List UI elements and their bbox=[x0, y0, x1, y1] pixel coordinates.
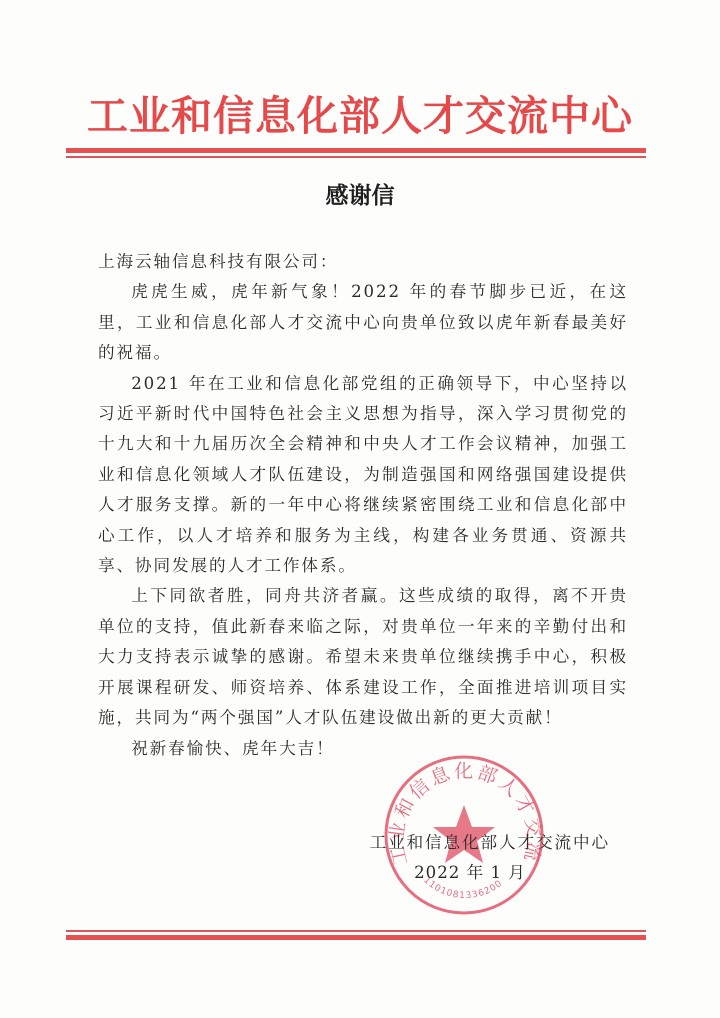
paragraph-3: 上下同欲者胜，同舟共济者赢。这些成绩的取得，离不开贵单位的支持，值此新春来临之际… bbox=[98, 581, 628, 733]
header-rule-thin bbox=[66, 156, 646, 158]
document-title: 感谢信 bbox=[0, 181, 720, 211]
footer-rule-thick bbox=[66, 935, 646, 940]
paragraph-1: 虎虎生威，虎年新气象！2022 年的春节脚步已近，在这里，工业和信息化部人才交流… bbox=[98, 277, 628, 368]
salutation: 上海云轴信息科技有限公司： bbox=[98, 247, 628, 277]
closing-wish: 祝新春愉快、虎年大吉！ bbox=[98, 734, 628, 764]
letterhead-org-name: 工业和信息化部人才交流中心 bbox=[0, 92, 720, 140]
footer-rule-thin bbox=[66, 930, 646, 932]
letter-body: 上海云轴信息科技有限公司： 虎虎生威，虎年新气象！2022 年的春节脚步已近，在… bbox=[98, 247, 628, 764]
signature-date: 2022 年 1 月 bbox=[380, 858, 560, 888]
signature-org: 工业和信息化部人才交流中心 bbox=[330, 828, 610, 858]
paragraph-2: 2021 年在工业和信息化部党组的正确领导下，中心坚持以习近平新时代中国特色社会… bbox=[98, 369, 628, 582]
header-rule-thick bbox=[66, 148, 646, 153]
